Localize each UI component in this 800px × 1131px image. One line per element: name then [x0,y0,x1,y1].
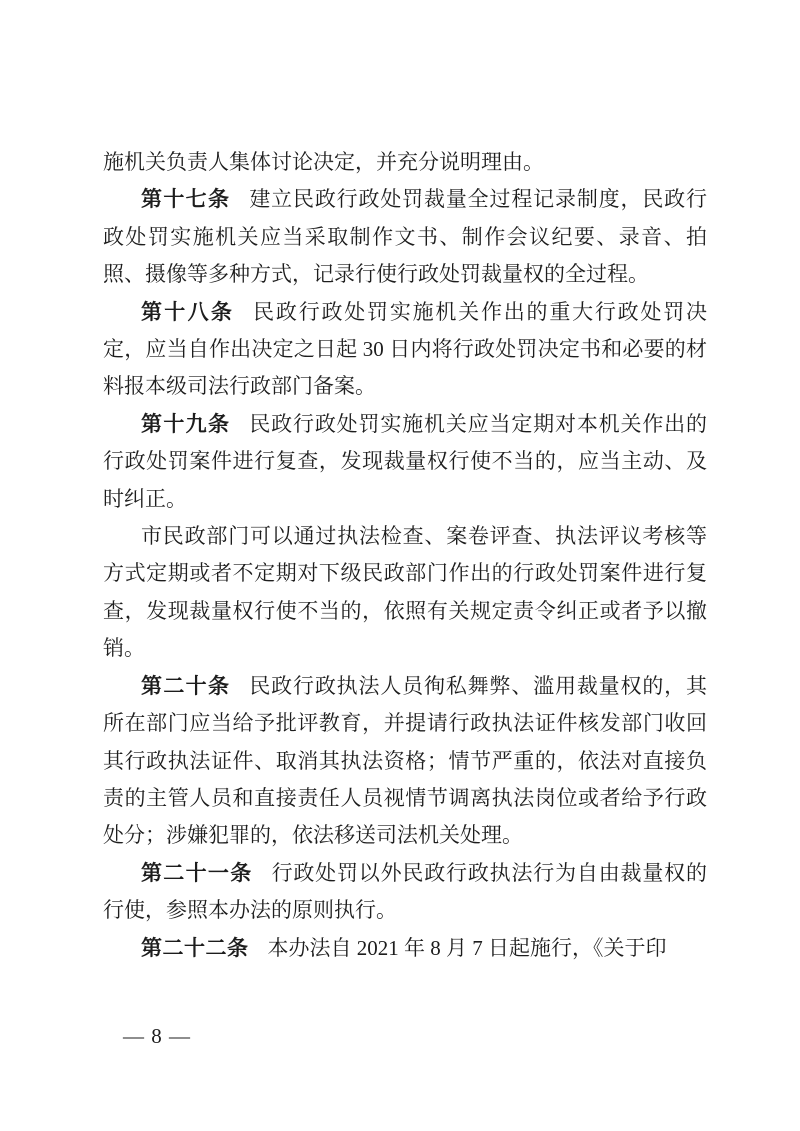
article-20-number: 第二十条 [141,675,230,698]
article-22-paragraph: 第二十二条本办法自 2021 年 8 月 7 日起施行，《关于印 [103,930,707,967]
article-17-paragraph: 第十七条建立民政行政处罚裁量全过程记录制度，民政行政处罚实施机关应当采取制作文书… [103,181,707,293]
article-19-subparagraph: 市民政部门可以通过执法检查、案卷评查、执法评议考核等方式定期或者不定期对下级民政… [103,518,707,668]
document-body: 施机关负责人集体讨论决定，并充分说明理由。 第十七条建立民政行政处罚裁量全过程记… [103,144,707,967]
article-19-paragraph: 第十九条民政行政处罚实施机关应当定期对本机关作出的行政处罚案件进行复查，发现裁量… [103,406,707,518]
article-18-number: 第十八条 [141,301,234,324]
article-21-number: 第二十一条 [141,862,253,885]
article-21-paragraph: 第二十一条行政处罚以外民政行政执法行为自由裁量权的行使，参照本办法的原则执行。 [103,855,707,930]
document-page: 施机关负责人集体讨论决定，并充分说明理由。 第十七条建立民政行政处罚裁量全过程记… [0,0,800,1131]
article-19-number: 第十九条 [141,413,230,436]
article-17-number: 第十七条 [141,188,230,211]
article-22-text: 本办法自 2021 年 8 月 7 日起施行，《关于印 [268,936,667,960]
article-22-number: 第二十二条 [141,937,249,960]
paragraph-text: 施机关负责人集体讨论决定，并充分说明理由。 [103,150,544,174]
article-19-subparagraph-text: 市民政部门可以通过执法检查、案卷评查、执法评议考核等方式定期或者不定期对下级民政… [103,524,707,660]
article-18-paragraph: 第十八条民政行政处罚实施机关作出的重大行政处罚决定，应当自作出决定之日起 30 … [103,294,707,406]
article-20-text: 民政行政执法人员徇私舞弊、滥用裁量权的，其所在部门应当给予批评教育，并提请行政执… [103,674,707,848]
page-number: — 8 — [123,1022,191,1050]
article-20-paragraph: 第二十条民政行政执法人员徇私舞弊、滥用裁量权的，其所在部门应当给予批评教育，并提… [103,668,707,855]
paragraph-continuation: 施机关负责人集体讨论决定，并充分说明理由。 [103,144,707,181]
